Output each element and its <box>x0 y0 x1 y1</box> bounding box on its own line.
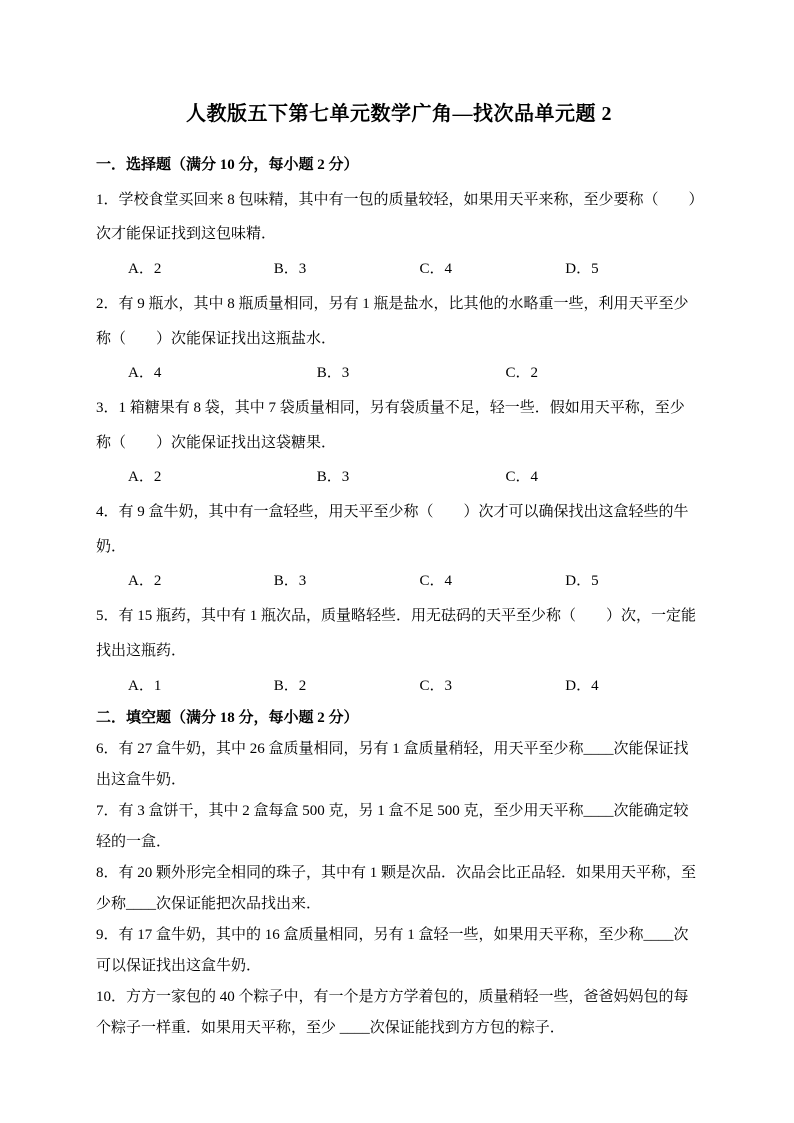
question-6: 6．有 27 盒牛奶，其中 26 盒质量相同，另有 1 盒质量稍轻，用天平至少称… <box>96 734 702 796</box>
question-2-text-line-1: 2．有 9 瓶水，其中 8 瓶质量相同，另有 1 瓶是盐水，比其他的水略重一些，… <box>96 287 702 322</box>
question-5-text-line-2: 找出这瓶药． <box>96 634 702 669</box>
question-10: 10．方方一家包的 40 个粽子中，有一个是方方学着包的，质量稍轻一些，爸爸妈妈… <box>96 982 702 1044</box>
question-3-option-c: C．4 <box>506 460 539 495</box>
section-choice: 一．选择题（满分 10 分，每小题 2 分） 1．学校食堂买回来 8 包味精，其… <box>96 148 702 703</box>
question-5-option-b: B．2 <box>274 669 416 704</box>
question-5-option-c: C．3 <box>420 669 562 704</box>
question-6-text-line-2: 出这盒牛奶． <box>96 765 702 796</box>
page-title: 人教版五下第七单元数学广角—找次品单元题 2 <box>96 100 702 128</box>
section-fill-blank-heading: 二．填空题（满分 18 分，每小题 2 分） <box>96 703 702 734</box>
question-1: 1．学校食堂买回来 8 包味精，其中有一包的质量较轻，如果用天平来称，至少要称（… <box>96 183 702 287</box>
question-4-option-c: C．4 <box>420 564 562 599</box>
question-3-option-b: B．3 <box>317 460 502 495</box>
question-8-text-line-2: 少称____次保证能把次品找出来． <box>96 889 702 920</box>
question-2-option-b: B．3 <box>317 356 502 391</box>
section-choice-heading: 一．选择题（满分 10 分，每小题 2 分） <box>96 148 702 183</box>
question-4-option-a: A．2 <box>128 564 270 599</box>
question-3-text-line-2: 称（ ）次能保证找出这袋糖果． <box>96 426 702 461</box>
question-1-options-row: A．2 B．3 C．4 D．5 <box>96 252 702 287</box>
question-5: 5．有 15 瓶药，其中有 1 瓶次品，质量略轻些．用无砝码的天平至少称（ ）次… <box>96 599 702 703</box>
question-1-text-line-1: 1．学校食堂买回来 8 包味精，其中有一包的质量较轻，如果用天平来称，至少要称（… <box>96 183 702 218</box>
question-3-options-row: A．2 B．3 C．4 <box>96 460 702 495</box>
question-2-option-c: C．2 <box>506 356 539 391</box>
question-5-options-row: A．1 B．2 C．3 D．4 <box>96 669 702 704</box>
question-1-option-a: A．2 <box>128 252 270 287</box>
question-5-option-d: D．4 <box>565 669 598 704</box>
question-8: 8．有 20 颗外形完全相同的珠子，其中有 1 颗是次品．次品会比正品轻．如果用… <box>96 858 702 920</box>
question-10-text-line-2: 个粽子一样重．如果用天平称，至少 ____次保证能找到方方包的粽子． <box>96 1013 702 1044</box>
question-4-options-row: A．2 B．3 C．4 D．5 <box>96 564 702 599</box>
question-4-text-line-2: 奶． <box>96 530 702 565</box>
question-3-option-a: A．2 <box>128 460 313 495</box>
question-9-text-line-1: 9．有 17 盒牛奶，其中的 16 盒质量相同，另有 1 盒轻一些，如果用天平称… <box>96 920 702 951</box>
question-10-text-line-1: 10．方方一家包的 40 个粽子中，有一个是方方学着包的，质量稍轻一些，爸爸妈妈… <box>96 982 702 1013</box>
question-6-text-line-1: 6．有 27 盒牛奶，其中 26 盒质量相同，另有 1 盒质量稍轻，用天平至少称… <box>96 734 702 765</box>
question-1-text-line-2: 次才能保证找到这包味精． <box>96 217 702 252</box>
question-7-text-line-2: 轻的一盒． <box>96 827 702 858</box>
question-1-option-c: C．4 <box>420 252 562 287</box>
question-5-text-line-1: 5．有 15 瓶药，其中有 1 瓶次品，质量略轻些．用无砝码的天平至少称（ ）次… <box>96 599 702 634</box>
question-7: 7．有 3 盒饼干，其中 2 盒每盒 500 克，另 1 盒不足 500 克，至… <box>96 796 702 858</box>
question-9-text-line-2: 可以保证找出这盒牛奶． <box>96 951 702 982</box>
question-4-text-line-1: 4．有 9 盒牛奶，其中有一盒轻些，用天平至少称（ ）次才可以确保找出这盒轻些的… <box>96 495 702 530</box>
question-2: 2．有 9 瓶水，其中 8 瓶质量相同，另有 1 瓶是盐水，比其他的水略重一些，… <box>96 287 702 391</box>
question-2-options-row: A．4 B．3 C．2 <box>96 356 702 391</box>
question-7-text-line-1: 7．有 3 盒饼干，其中 2 盒每盒 500 克，另 1 盒不足 500 克，至… <box>96 796 702 827</box>
question-2-text-line-2: 称（ ）次能保证找出这瓶盐水． <box>96 322 702 357</box>
question-3: 3．1 箱糖果有 8 袋，其中 7 袋质量相同，另有袋质量不足，轻一些．假如用天… <box>96 391 702 495</box>
question-1-option-d: D．5 <box>565 252 598 287</box>
question-4-option-b: B．3 <box>274 564 416 599</box>
question-4: 4．有 9 盒牛奶，其中有一盒轻些，用天平至少称（ ）次才可以确保找出这盒轻些的… <box>96 495 702 599</box>
question-8-text-line-1: 8．有 20 颗外形完全相同的珠子，其中有 1 颗是次品．次品会比正品轻．如果用… <box>96 858 702 889</box>
question-4-option-d: D．5 <box>565 564 598 599</box>
question-3-text-line-1: 3．1 箱糖果有 8 袋，其中 7 袋质量相同，另有袋质量不足，轻一些．假如用天… <box>96 391 702 426</box>
question-1-option-b: B．3 <box>274 252 416 287</box>
section-fill-blank: 二．填空题（满分 18 分，每小题 2 分） 6．有 27 盒牛奶，其中 26 … <box>96 703 702 1044</box>
question-2-option-a: A．4 <box>128 356 313 391</box>
worksheet-page: 人教版五下第七单元数学广角—找次品单元题 2 一．选择题（满分 10 分，每小题… <box>0 0 794 1123</box>
question-5-option-a: A．1 <box>128 669 270 704</box>
question-9: 9．有 17 盒牛奶，其中的 16 盒质量相同，另有 1 盒轻一些，如果用天平称… <box>96 920 702 982</box>
